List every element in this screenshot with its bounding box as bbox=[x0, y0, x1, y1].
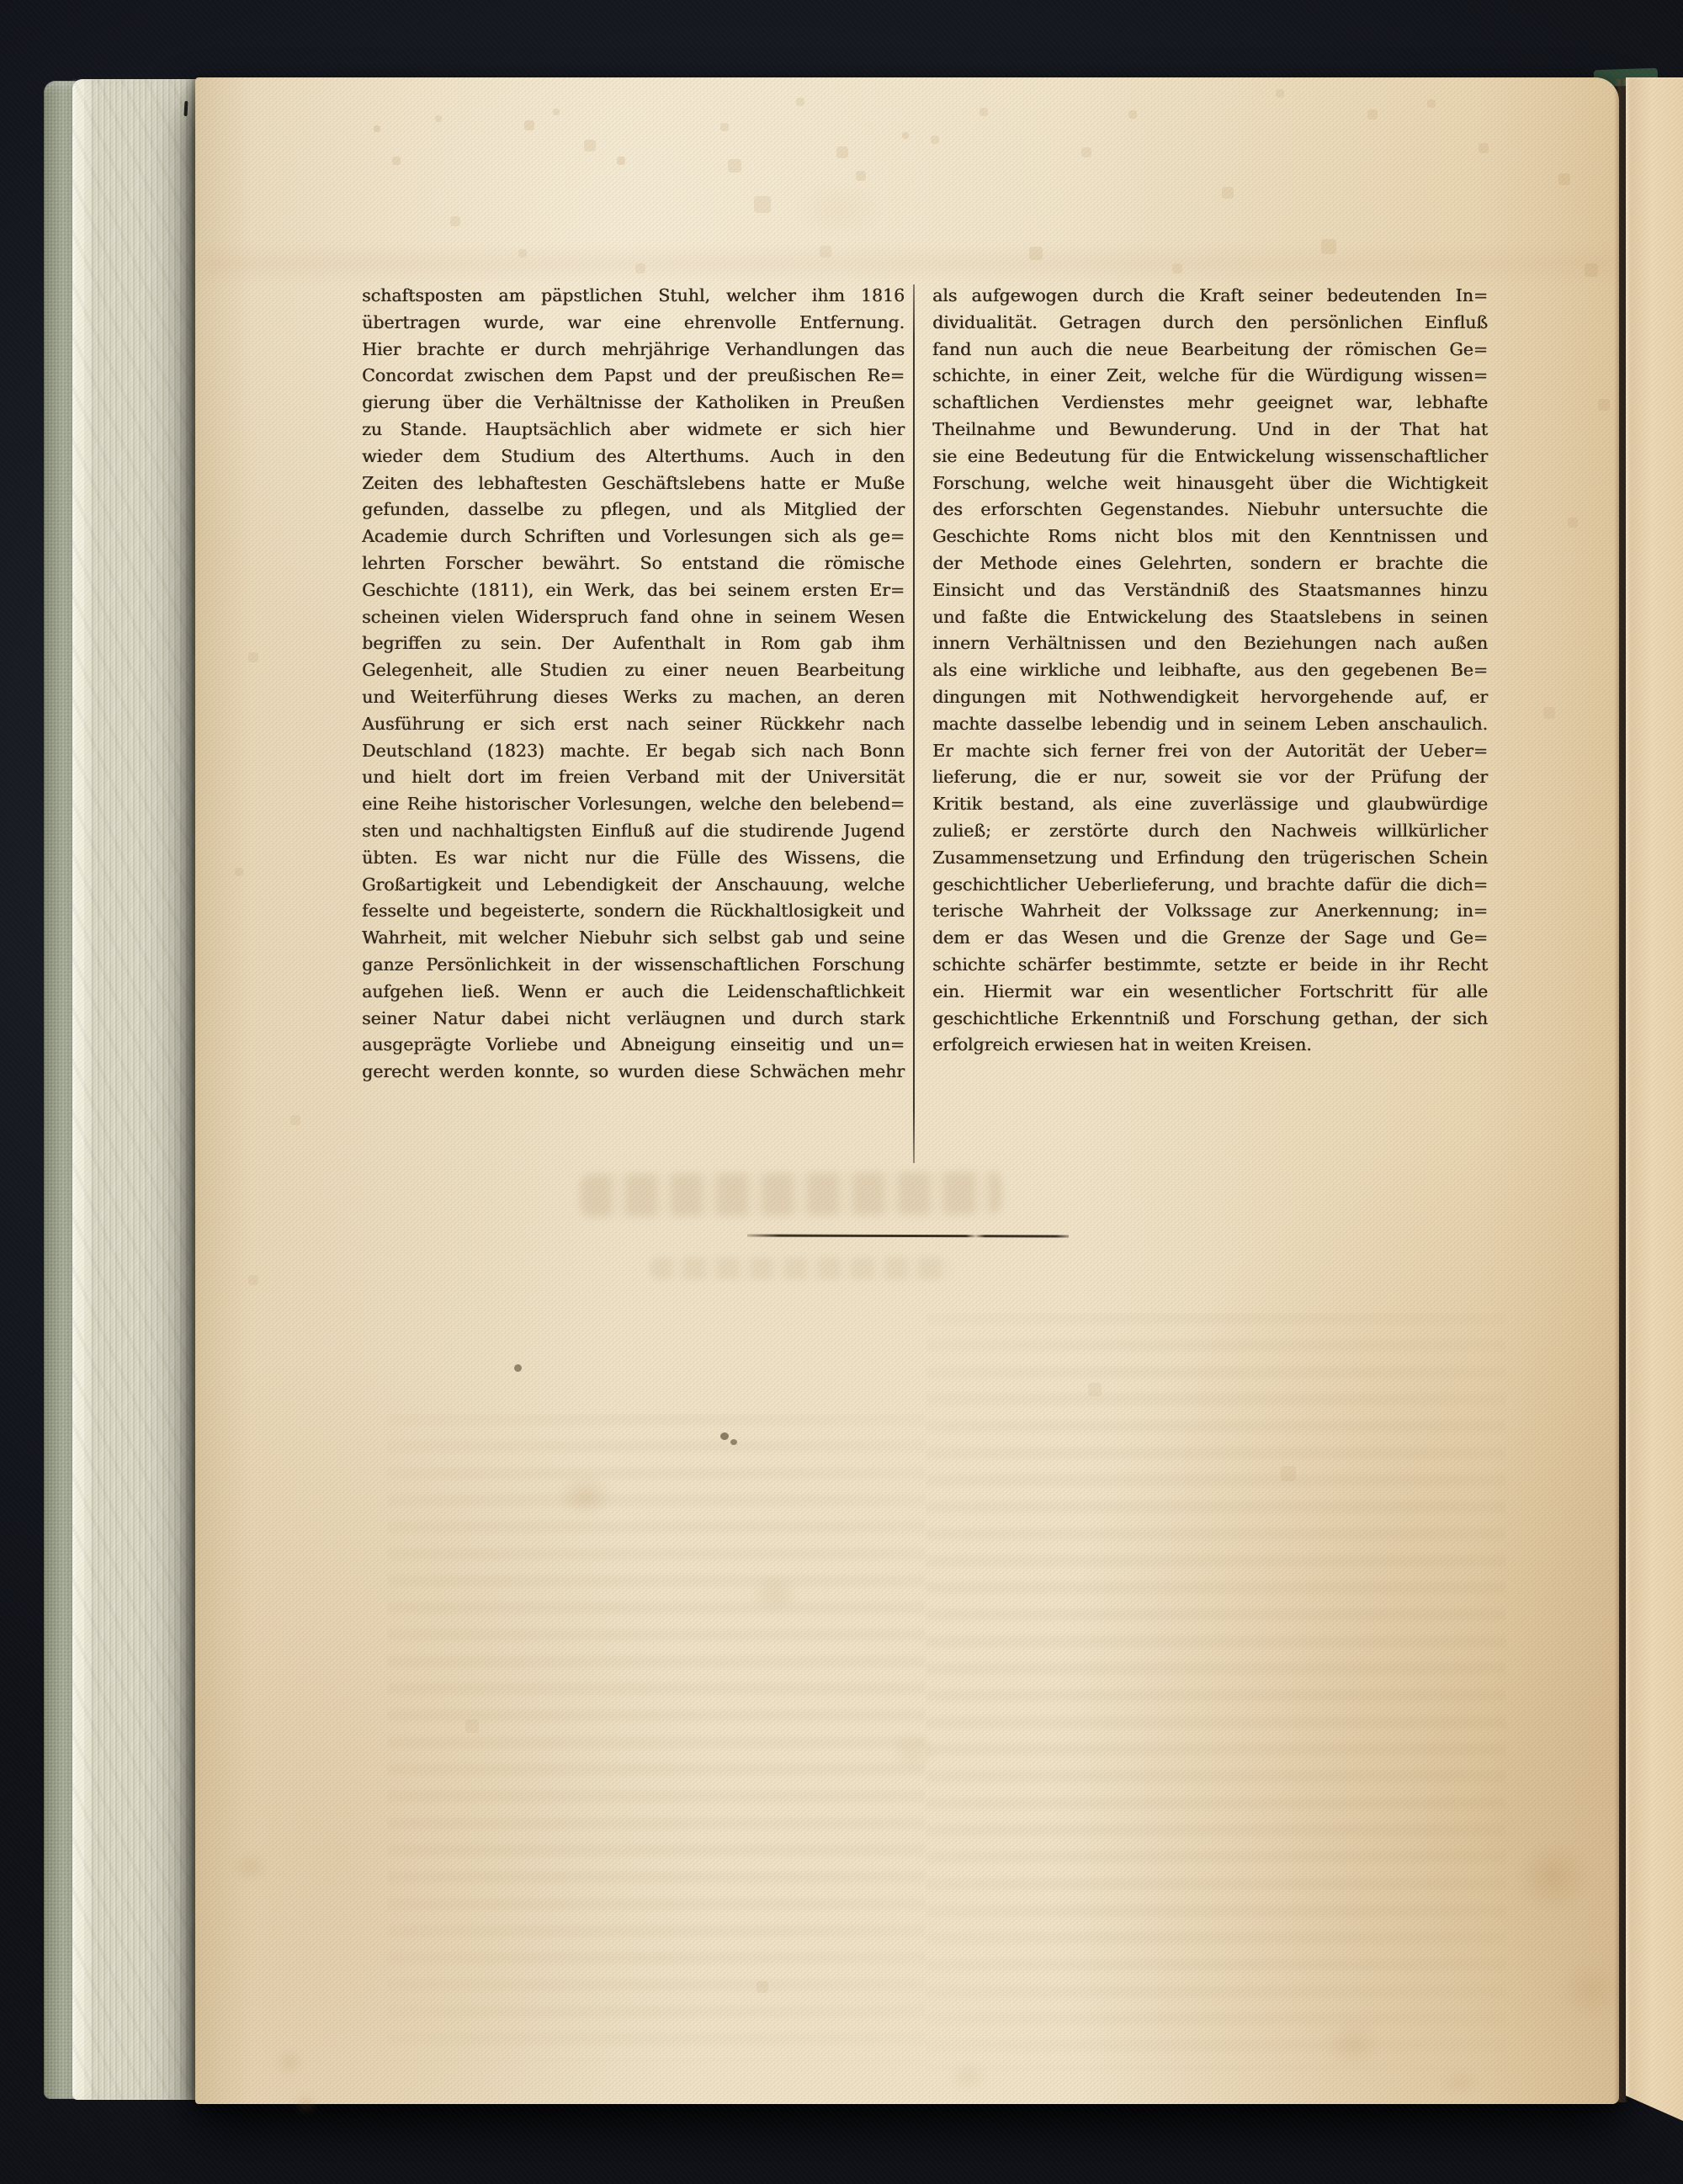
text-line: dem er das Wesen und die Grenze der Sage… bbox=[932, 925, 1488, 952]
text-line: Gelegenheit, alle Studien zu einer neuen… bbox=[362, 657, 905, 684]
text-line: Kritik bestand, als eine zuverlässige un… bbox=[932, 791, 1488, 818]
page-stack-edge bbox=[72, 79, 199, 2100]
section-divider-rule bbox=[747, 1235, 1069, 1238]
text-line: innern Verhältnissen und den Beziehungen… bbox=[932, 630, 1488, 657]
text-line: übten. Es war nicht nur die Fülle des Wi… bbox=[362, 845, 905, 872]
text-line: und faßte die Entwickelung des Staatsleb… bbox=[932, 604, 1488, 631]
showthrough-subline bbox=[650, 1257, 953, 1279]
text-line: sie eine Bedeutung für die Entwickelung … bbox=[932, 444, 1488, 470]
text-line: Geschichte Roms nicht blos mit den Kennt… bbox=[932, 523, 1488, 550]
text-line: Einsicht und das Verständniß des Staatsm… bbox=[932, 577, 1488, 604]
text-line: lieferung, die er nur, soweit sie vor de… bbox=[932, 764, 1488, 791]
text-line: zuließ; er zerstörte durch den Nachweis … bbox=[932, 818, 1488, 845]
text-line: Großartigkeit und Lebendigkeit der Ansch… bbox=[362, 872, 905, 899]
text-line: erfolgreich erwiesen hat in weiten Kreis… bbox=[932, 1032, 1488, 1059]
text-line: eine Reihe historischer Vorlesungen, wel… bbox=[362, 791, 905, 818]
text-line: fesselte und begeisterte, sondern die Rü… bbox=[362, 898, 905, 925]
text-line: Zeiten des lebhaftesten Geschäftslebens … bbox=[362, 470, 905, 497]
book-page: schaftsposten am päpstlichen Stuhl, welc… bbox=[195, 77, 1619, 2104]
text-line: als aufgewogen durch die Kraft seiner be… bbox=[932, 283, 1488, 310]
text-line: Forschung, welche weit hinausgeht über d… bbox=[932, 470, 1488, 497]
text-line: scheinen vielen Widerspruch fand ohne in… bbox=[362, 604, 905, 631]
left-column: schaftsposten am päpstlichen Stuhl, welc… bbox=[362, 283, 905, 1086]
text-line: ausgeprägte Vorliebe und Abneigung einse… bbox=[362, 1032, 905, 1059]
text-line: Zusammensetzung und Erfindung den trüger… bbox=[932, 845, 1488, 872]
ink-speck bbox=[720, 1432, 729, 1440]
text-line: schichte schärfer bestimmte, setzte er b… bbox=[932, 952, 1488, 979]
text-line: Hier brachte er durch mehrjährige Verhan… bbox=[362, 337, 905, 364]
stain bbox=[268, 2043, 311, 2080]
column-divider-rule bbox=[913, 284, 915, 1163]
showthrough-text-right bbox=[926, 1313, 1506, 2070]
text-line: gierung über die Verhältnisse der Kathol… bbox=[362, 390, 905, 417]
text-line: ganze Persönlichkeit in der wissenschaft… bbox=[362, 952, 905, 979]
stain bbox=[1314, 2010, 1392, 2079]
text-line: als eine wirkliche und leibhafte, aus de… bbox=[932, 657, 1488, 684]
text-line: fand nun auch die neue Bearbeitung der r… bbox=[932, 337, 1488, 364]
text-line: Wahrheit, mit welcher Niebuhr sich selbs… bbox=[362, 925, 905, 952]
stain bbox=[776, 170, 902, 250]
text-line: Deutschland (1823) machte. Er begab sich… bbox=[362, 738, 905, 765]
ink-speck bbox=[730, 1439, 737, 1445]
showthrough-text-left bbox=[387, 1414, 926, 2062]
stain bbox=[288, 2089, 323, 2119]
text-line: schichte, in einer Zeit, welche für die … bbox=[932, 363, 1488, 390]
page-gutter-fold bbox=[1614, 79, 1627, 2102]
stain bbox=[1427, 2064, 1493, 2102]
adjacent-page-edge bbox=[1626, 77, 1683, 2121]
showthrough-heading bbox=[581, 1172, 1001, 1216]
paper-tone-band bbox=[202, 252, 1612, 274]
stain bbox=[941, 2055, 996, 2097]
text-line: terische Wahrheit der Volkssage zur Aner… bbox=[932, 898, 1488, 925]
text-line: geschichtlicher Ueberlieferung, und brac… bbox=[932, 872, 1488, 899]
text-line: Concordat zwischen dem Papst und der pre… bbox=[362, 363, 905, 390]
text-line: gerecht werden konnte, so wurden diese S… bbox=[362, 1059, 905, 1086]
text-line: begriffen zu sein. Der Aufenthalt in Rom… bbox=[362, 630, 905, 657]
text-line: machte dasselbe lebendig und in seinem L… bbox=[932, 711, 1488, 738]
text-line: dingungen mit Nothwendigkeit hervorgehen… bbox=[932, 684, 1488, 711]
text-line: schaftsposten am päpstlichen Stuhl, welc… bbox=[362, 283, 905, 310]
stain bbox=[1501, 1828, 1606, 1926]
text-line: gefunden, dasselbe zu pflegen, und als M… bbox=[362, 497, 905, 523]
text-line: der Methode eines Gelehrten, sondern er … bbox=[932, 550, 1488, 577]
text-line: Academie durch Schriften und Vorlesungen… bbox=[362, 523, 905, 550]
text-line: aufgehen ließ. Wenn er auch die Leidensc… bbox=[362, 979, 905, 1006]
text-line: schaftlichen Verdienstes mehr geeignet w… bbox=[932, 390, 1488, 417]
stain bbox=[226, 1845, 276, 1889]
text-line: dividualität. Getragen durch den persönl… bbox=[932, 310, 1488, 337]
text-line: des erforschten Gegenstandes. Niebuhr un… bbox=[932, 497, 1488, 523]
text-line: übertragen wurde, war eine ehrenvolle En… bbox=[362, 310, 905, 337]
right-column: als aufgewogen durch die Kraft seiner be… bbox=[932, 283, 1488, 1059]
text-line: geschichtliche Erkenntniß und Forschung … bbox=[932, 1006, 1488, 1033]
text-line: und Weiterführung dieses Werks zu machen… bbox=[362, 684, 905, 711]
text-line: Ausführung er sich erst nach seiner Rück… bbox=[362, 711, 905, 738]
book-photograph: schaftsposten am päpstlichen Stuhl, welc… bbox=[0, 0, 1683, 2184]
text-line: Theilnahme und Bewunderung. Und in der T… bbox=[932, 417, 1488, 444]
text-line: Er machte sich ferner frei von der Autor… bbox=[932, 738, 1488, 765]
text-line: zu Stande. Hauptsächlich aber widmete er… bbox=[362, 417, 905, 444]
stain bbox=[879, 1724, 948, 1779]
text-line: ein. Hiermit war ein wesentlicher Fortsc… bbox=[932, 979, 1488, 1006]
stain bbox=[741, 1569, 810, 1619]
foxing-freckles bbox=[195, 77, 197, 79]
text-line: und hielt dort im freien Verband mit der… bbox=[362, 764, 905, 791]
text-line: seiner Natur dabei nicht verläugnen und … bbox=[362, 1006, 905, 1033]
text-line: lehrten Forscher bewährt. So entstand di… bbox=[362, 550, 905, 577]
text-line: Geschichte (1811), ein Werk, das bei sei… bbox=[362, 577, 905, 604]
ink-speck bbox=[514, 1364, 522, 1372]
stain bbox=[547, 1466, 624, 1525]
text-line: wieder dem Studium des Alterthums. Auch … bbox=[362, 444, 905, 470]
text-line: sten und nachhaltigsten Einfluß auf die … bbox=[362, 818, 905, 845]
